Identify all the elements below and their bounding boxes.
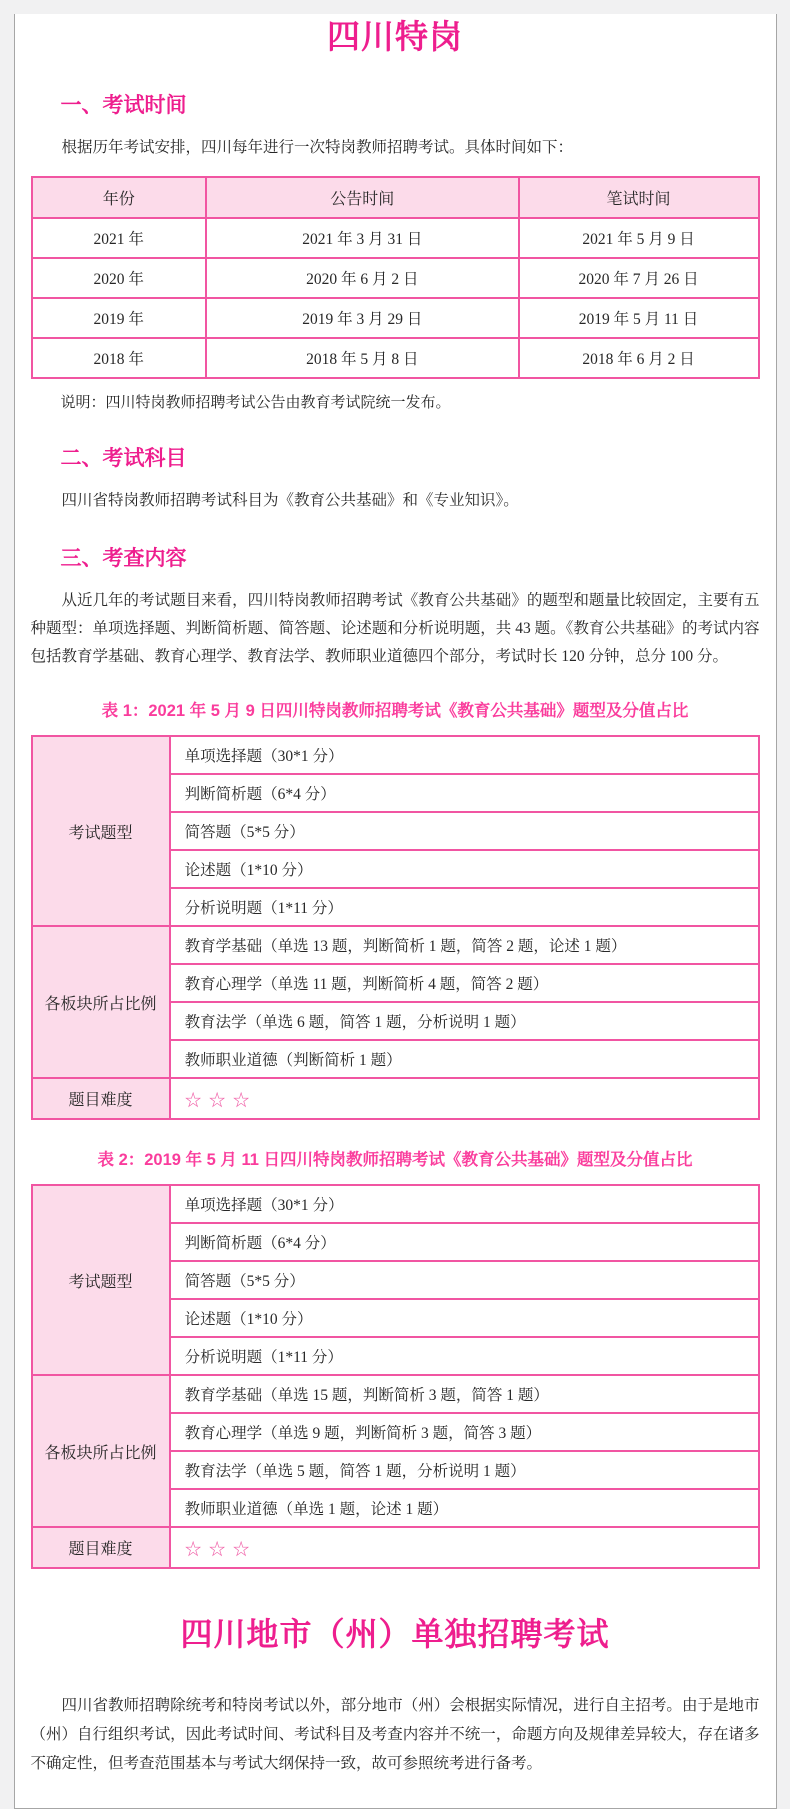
announcement-time-cell: 2018 年 5 月 8 日 — [206, 338, 519, 378]
group-label-question-types: 考试题型 — [32, 1185, 170, 1375]
table-row: 2021 年 2021 年 3 月 31 日 2021 年 5 月 9 日 — [32, 218, 759, 258]
group-label-difficulty: 题目难度 — [32, 1078, 170, 1119]
exam-subjects-paragraph: 四川省特岗教师招聘考试科目为《教育公共基础》和《专业知识》。 — [31, 487, 760, 515]
table-row: 题目难度 ☆☆☆ — [32, 1527, 759, 1568]
module-proportion-cell: 教育学基础（单选 15 题，判断简析 3 题，简答 1 题） — [170, 1375, 759, 1413]
table-row: 2019 年 2019 年 3 月 29 日 2019 年 5 月 11 日 — [32, 298, 759, 338]
announcement-time-cell: 2021 年 3 月 31 日 — [206, 218, 519, 258]
second-page-title: 四川地市（州）单独招聘考试 — [31, 1611, 760, 1657]
group-label-question-types: 考试题型 — [32, 736, 170, 926]
written-exam-time-cell: 2020 年 7 月 26 日 — [519, 258, 759, 298]
section-heading-exam-subjects: 二、考试科目 — [61, 443, 760, 473]
announcement-time-column-header: 公告时间 — [206, 177, 519, 218]
module-proportion-cell: 教师职业道德（判断简析 1 题） — [170, 1040, 759, 1078]
table-row: 题目难度 ☆☆☆ — [32, 1078, 759, 1119]
group-label-difficulty: 题目难度 — [32, 1527, 170, 1568]
module-proportion-cell: 教育心理学（单选 9 题，判断简析 3 题，简答 3 题） — [170, 1413, 759, 1451]
table2-caption: 表 2：2019 年 5 月 11 日四川特岗教师招聘考试《教育公共基础》题型及… — [31, 1148, 760, 1172]
table1-question-structure: 考试题型 单项选择题（30*1 分） 判断简析题（6*4 分） 简答题（5*5 … — [31, 735, 760, 1120]
exam-time-intro-paragraph: 根据历年考试安排，四川每年进行一次特岗教师招聘考试。具体时间如下： — [31, 134, 760, 162]
table-row: 各板块所占比例 教育学基础（单选 15 题，判断简析 3 题，简答 1 题） — [32, 1375, 759, 1413]
group-label-module-proportion: 各板块所占比例 — [32, 926, 170, 1078]
table-row: 2020 年 2020 年 6 月 2 日 2020 年 7 月 26 日 — [32, 258, 759, 298]
table-row: 2018 年 2018 年 5 月 8 日 2018 年 6 月 2 日 — [32, 338, 759, 378]
year-cell: 2020 年 — [32, 258, 206, 298]
question-type-cell: 论述题（1*10 分） — [170, 1299, 759, 1337]
question-type-cell: 简答题（5*5 分） — [170, 812, 759, 850]
question-type-cell: 分析说明题（1*11 分） — [170, 1337, 759, 1375]
year-column-header: 年份 — [32, 177, 206, 218]
question-type-cell: 单项选择题（30*1 分） — [170, 736, 759, 774]
year-cell: 2021 年 — [32, 218, 206, 258]
independent-recruitment-paragraph: 四川省教师招聘除统考和特岗考试以外，部分地市（州）会根据实际情况，进行自主招考。… — [31, 1691, 760, 1778]
table1-caption: 表 1：2021 年 5 月 9 日四川特岗教师招聘考试《教育公共基础》题型及分… — [31, 699, 760, 723]
table-row: 考试题型 单项选择题（30*1 分） — [32, 736, 759, 774]
exam-content-paragraph: 从近几年的考试题目来看，四川特岗教师招聘考试《教育公共基础》的题型和题量比较固定… — [31, 587, 760, 671]
question-type-cell: 判断简析题（6*4 分） — [170, 774, 759, 812]
table-header-row: 年份 公告时间 笔试时间 — [32, 177, 759, 218]
module-proportion-cell: 教育心理学（单选 11 题，判断简析 4 题，简答 2 题） — [170, 964, 759, 1002]
section-heading-exam-time: 一、考试时间 — [61, 90, 760, 120]
module-proportion-cell: 教育学基础（单选 13 题，判断简析 1 题，简答 2 题，论述 1 题） — [170, 926, 759, 964]
difficulty-stars: ☆☆☆ — [170, 1078, 759, 1119]
table-row: 各板块所占比例 教育学基础（单选 13 题，判断简析 1 题，简答 2 题，论述… — [32, 926, 759, 964]
announcement-time-cell: 2020 年 6 月 2 日 — [206, 258, 519, 298]
difficulty-stars: ☆☆☆ — [170, 1527, 759, 1568]
table-row: 考试题型 单项选择题（30*1 分） — [32, 1185, 759, 1223]
module-proportion-cell: 教育法学（单选 5 题，简答 1 题，分析说明 1 题） — [170, 1451, 759, 1489]
table2-question-structure: 考试题型 单项选择题（30*1 分） 判断简析题（6*4 分） 简答题（5*5 … — [31, 1184, 760, 1569]
exam-time-table: 年份 公告时间 笔试时间 2021 年 2021 年 3 月 31 日 2021… — [31, 176, 760, 379]
module-proportion-cell: 教师职业道德（单选 1 题，论述 1 题） — [170, 1489, 759, 1527]
section-heading-exam-content: 三、考查内容 — [61, 543, 760, 573]
question-type-cell: 分析说明题（1*11 分） — [170, 888, 759, 926]
document-page: 四川特岗 一、考试时间 根据历年考试安排，四川每年进行一次特岗教师招聘考试。具体… — [14, 14, 777, 1809]
group-label-module-proportion: 各板块所占比例 — [32, 1375, 170, 1527]
written-exam-time-column-header: 笔试时间 — [519, 177, 759, 218]
page-title: 四川特岗 — [31, 14, 760, 62]
question-type-cell: 简答题（5*5 分） — [170, 1261, 759, 1299]
year-cell: 2019 年 — [32, 298, 206, 338]
module-proportion-cell: 教育法学（单选 6 题，简答 1 题，分析说明 1 题） — [170, 1002, 759, 1040]
announcement-time-cell: 2019 年 3 月 29 日 — [206, 298, 519, 338]
year-cell: 2018 年 — [32, 338, 206, 378]
question-type-cell: 论述题（1*10 分） — [170, 850, 759, 888]
table-note: 说明：四川特岗教师招聘考试公告由教育考试院统一发布。 — [31, 391, 760, 415]
written-exam-time-cell: 2021 年 5 月 9 日 — [519, 218, 759, 258]
question-type-cell: 判断简析题（6*4 分） — [170, 1223, 759, 1261]
written-exam-time-cell: 2019 年 5 月 11 日 — [519, 298, 759, 338]
question-type-cell: 单项选择题（30*1 分） — [170, 1185, 759, 1223]
written-exam-time-cell: 2018 年 6 月 2 日 — [519, 338, 759, 378]
